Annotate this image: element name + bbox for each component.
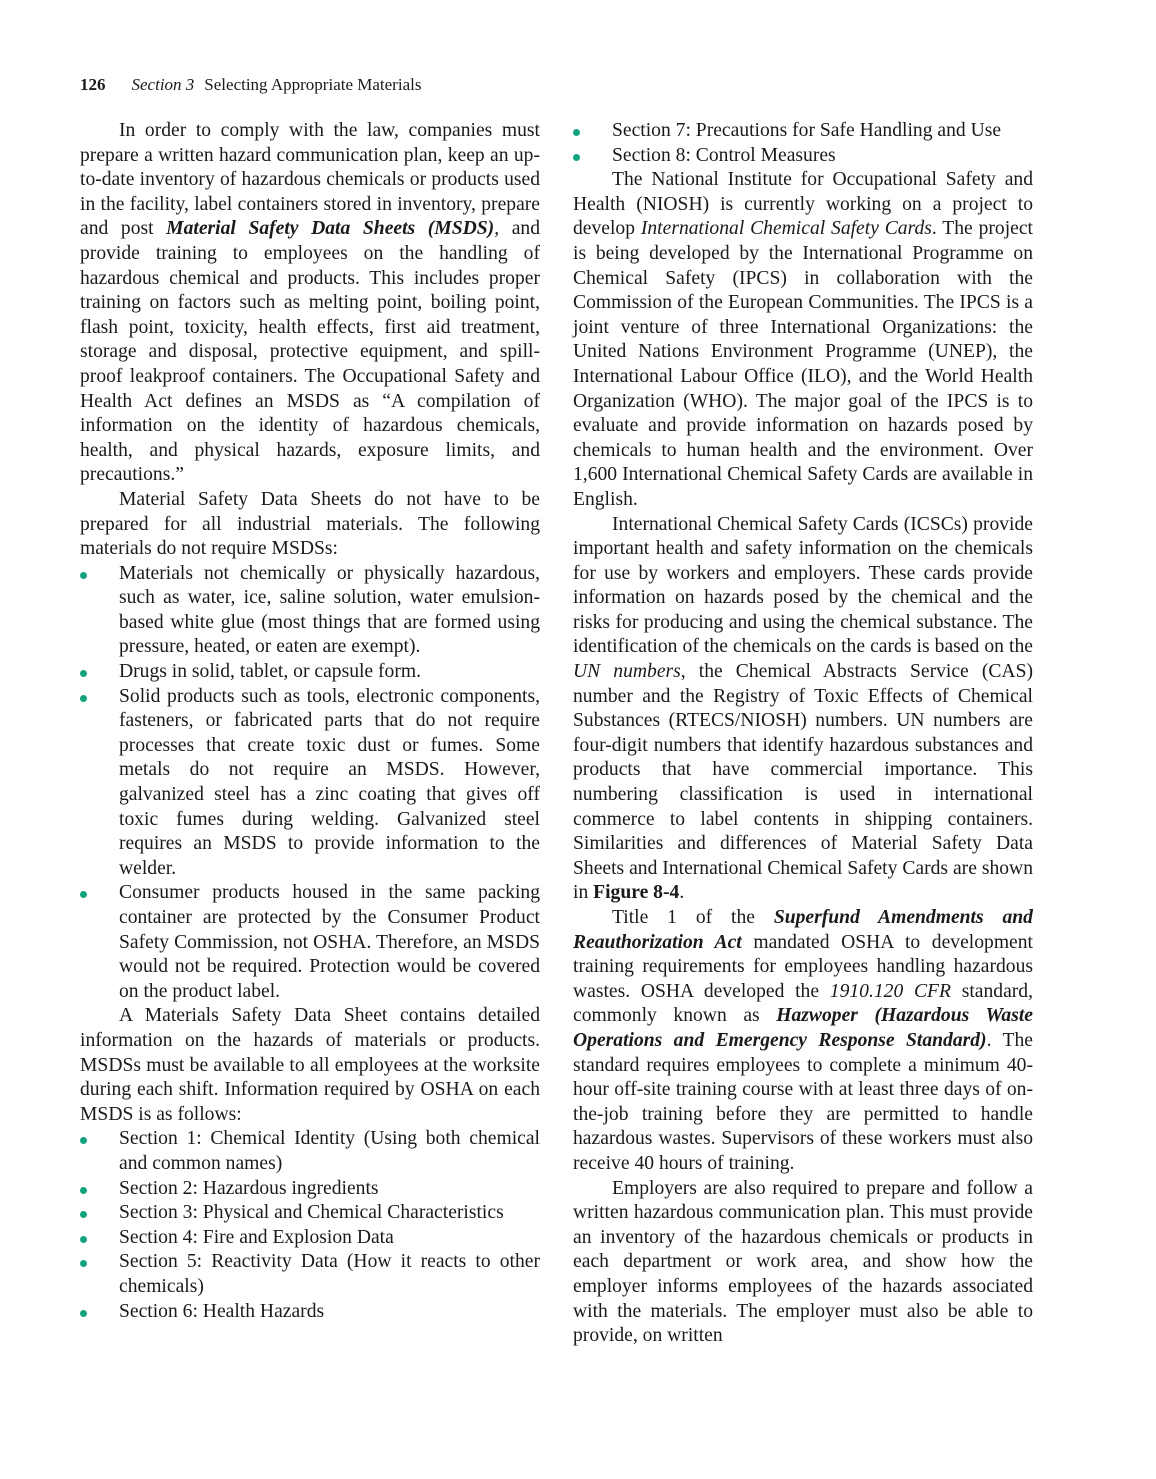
list-item: Section 4: Fire and Explosion Data (80, 1226, 540, 1251)
key-term-msds: Material Safety Data Sheets (MSDS) (166, 218, 494, 239)
paragraph-msds-exemptions: Material Safety Data Sheets do not have … (80, 488, 540, 562)
bullet-icon (80, 572, 87, 579)
paragraph-icsc: International Chemical Safety Cards (ICS… (573, 513, 1033, 907)
list-item: Materials not chemically or physically h… (80, 562, 540, 660)
term-cfr: 1910.120 CFR (830, 981, 951, 1002)
msds-sections-list-continued: Section 7: Precautions for Safe Handling… (573, 119, 1033, 168)
list-item: Section 1: Chemical Identity (Using both… (80, 1127, 540, 1176)
bullet-icon (80, 891, 87, 898)
list-item: Section 6: Health Hazards (80, 1300, 540, 1325)
exempt-materials-list: Materials not chemically or physically h… (80, 562, 540, 1005)
paragraph-employers: Employers are also required to prepare a… (573, 1177, 1033, 1349)
list-item: Consumer products housed in the same pac… (80, 881, 540, 1004)
left-column: In order to comply with the law, compani… (80, 119, 540, 1324)
list-item: Section 2: Hazardous ingredients (80, 1177, 540, 1202)
figure-reference: Figure 8-4 (593, 882, 679, 903)
right-column: Section 7: Precautions for Safe Handling… (573, 119, 1033, 1349)
section-title: Selecting Appropriate Materials (204, 75, 421, 94)
list-item: Section 3: Physical and Chemical Charact… (80, 1201, 540, 1226)
bullet-icon (80, 1260, 87, 1267)
term-un-numbers: UN numbers (573, 661, 681, 682)
section-label: Section 3 (132, 75, 195, 94)
bullet-icon (80, 1211, 87, 1218)
list-item: Drugs in solid, tablet, or capsule form. (80, 660, 540, 685)
bullet-icon (80, 695, 87, 702)
list-item: Section 5: Reactivity Data (How it react… (80, 1250, 540, 1299)
bullet-icon (80, 1310, 87, 1317)
bullet-icon (80, 1137, 87, 1144)
paragraph-niosh: The National Institute for Occupational … (573, 168, 1033, 512)
bullet-icon (80, 670, 87, 677)
paragraph-superfund: Title 1 of the Superfund Amendments and … (573, 906, 1033, 1177)
list-item: Section 8: Control Measures (573, 144, 1033, 169)
running-header: 126Section 3Selecting Appropriate Materi… (80, 74, 421, 96)
page-number: 126 (80, 75, 106, 94)
bullet-icon (573, 129, 580, 136)
paragraph-hazard-communication: In order to comply with the law, compani… (80, 119, 540, 488)
list-item: Solid products such as tools, electronic… (80, 685, 540, 882)
term-icsc: International Chemical Safety Cards (641, 218, 932, 239)
paragraph-msds-contents: A Materials Safety Data Sheet contains d… (80, 1004, 540, 1127)
bullet-icon (573, 154, 580, 161)
list-item: Section 7: Precautions for Safe Handling… (573, 119, 1033, 144)
msds-sections-list: Section 1: Chemical Identity (Using both… (80, 1127, 540, 1324)
bullet-icon (80, 1187, 87, 1194)
bullet-icon (80, 1236, 87, 1243)
